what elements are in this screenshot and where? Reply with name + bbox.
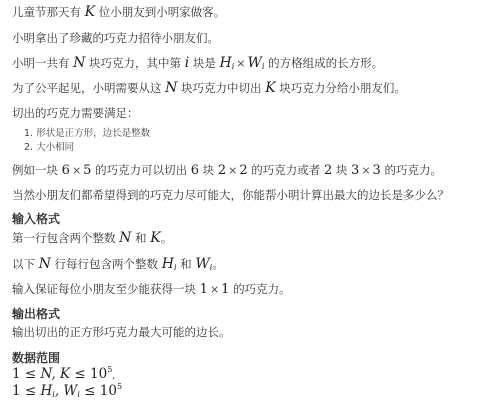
text: 小明一共有	[12, 56, 73, 70]
number: 3	[373, 163, 381, 178]
vars: N, K	[41, 366, 71, 382]
times-symbol: ×	[228, 164, 237, 177]
text: 儿童节那天有	[12, 5, 85, 19]
number: 3	[351, 163, 359, 178]
number: 2	[239, 163, 247, 178]
text: 为了公平起见，小明需要从这	[12, 81, 165, 95]
text: 块是	[189, 56, 219, 70]
paragraph-chocolate: 小明拿出了珍藏的巧克力招待小朋友们。	[12, 30, 219, 46]
var: H	[162, 256, 174, 272]
subscript: i	[77, 390, 80, 399]
le-symbol: ≤	[84, 383, 95, 399]
output-line-1: 输出切出的正方形巧克力最大可能的边长。	[12, 324, 231, 340]
text: 块	[199, 163, 218, 177]
number: 2	[218, 163, 226, 178]
paragraph-question: 当然小朋友们都希望得到的巧克力尽可能大，你能帮小明计算出最大的边长是多少么？	[12, 187, 449, 203]
number: 10	[100, 383, 117, 399]
text: 块	[332, 163, 351, 177]
text: 的巧克力。	[381, 163, 442, 177]
math-wi: Wi	[195, 256, 212, 272]
text: 例如一块	[12, 163, 62, 177]
number: 1	[200, 282, 208, 297]
text: 的方格组成的长方形。	[264, 56, 383, 70]
math-k: K	[85, 4, 95, 20]
text: 输入保证每位小朋友至少能获得一块	[12, 282, 200, 296]
text: 。	[161, 231, 173, 245]
number: 10	[90, 366, 107, 382]
math-hi: Hi	[220, 55, 235, 71]
le-symbol: ≤	[74, 366, 85, 382]
times-symbol: ×	[72, 164, 81, 177]
var-w: , W	[55, 383, 77, 399]
heading-input-format: 输入格式	[12, 210, 60, 227]
text: 。	[212, 257, 224, 271]
text: 第一行包含两个整数	[12, 231, 119, 245]
math-hi: Hi	[162, 256, 177, 272]
times-symbol: ×	[236, 57, 245, 70]
condition-item: 1. 形状是正方形，边长是整数	[24, 127, 150, 140]
var: H	[220, 55, 232, 71]
range-n-k: 1 ≤ N, K ≤ 105,	[12, 365, 115, 382]
number: 1	[12, 366, 21, 382]
paragraph-guests: 儿童节那天有 K 位小朋友到小明家做客。	[12, 4, 225, 20]
text: 块巧克力分给小朋友们。	[276, 81, 406, 95]
text: 的巧克力或者	[248, 163, 324, 177]
heading-output-format: 输出格式	[12, 305, 60, 322]
math-n: N	[73, 55, 85, 71]
text: 行每行包含两个整数	[51, 257, 162, 271]
text: 和	[177, 257, 196, 271]
text: 块巧克力，其中第	[85, 56, 184, 70]
math-n: N	[165, 80, 177, 96]
input-line-3: 输入保证每位小朋友至少能获得一块 1×1 的巧克力。	[12, 281, 291, 298]
paragraph-chocolate-count: 小明一共有 N 块巧克力，其中第 i 块是 Hi×Wi 的方格组成的长方形。	[12, 55, 383, 75]
number: 6	[62, 163, 70, 178]
number: 2	[324, 163, 332, 178]
var: W	[195, 256, 209, 272]
paragraph-example: 例如一块 6×5 的巧克力可以切出 6 块 2×2 的巧克力或者 2 块 3×3…	[12, 162, 442, 179]
input-line-1: 第一行包含两个整数 N 和 K。	[12, 230, 172, 246]
text: 和	[131, 231, 150, 245]
input-line-2: 以下 N 行每行包含两个整数 Hi 和 Wi。	[12, 256, 224, 276]
paragraph-requirements: 切出的巧克力需要满足：	[12, 105, 139, 121]
math-wi: Wi	[248, 55, 265, 71]
math-k: K	[150, 230, 160, 246]
punct: ,	[112, 371, 115, 381]
times-symbol: ×	[210, 283, 219, 296]
text: 的巧克力可以切出	[91, 163, 190, 177]
condition-item: 2. 大小相同	[24, 141, 74, 154]
math-k: K	[265, 80, 275, 96]
le-symbol: ≤	[25, 383, 36, 399]
var: W	[248, 55, 262, 71]
number: 1	[12, 383, 21, 399]
subscript: i	[232, 62, 235, 71]
text: 块巧克力中切出	[177, 81, 265, 95]
heading-data-range: 数据范围	[12, 349, 60, 366]
paragraph-fairness: 为了公平起见，小明需要从这 N 块巧克力中切出 K 块巧克力分给小朋友们。	[12, 80, 406, 96]
times-symbol: ×	[361, 164, 370, 177]
text: 位小朋友到小明家做客。	[95, 5, 225, 19]
range-h-w: 1 ≤ Hi, Wi ≤ 105	[12, 382, 122, 399]
math-n: N	[39, 256, 51, 272]
text: 的巧克力。	[229, 282, 290, 296]
number: 6	[191, 163, 199, 178]
problem-statement: 儿童节那天有 K 位小朋友到小明家做客。 小明拿出了珍藏的巧克力招待小朋友们。 …	[0, 0, 500, 403]
text: 以下	[12, 257, 39, 271]
le-symbol: ≤	[25, 366, 36, 382]
exponent: 5	[117, 382, 122, 391]
var-h: H	[41, 383, 53, 399]
math-n: N	[119, 230, 131, 246]
